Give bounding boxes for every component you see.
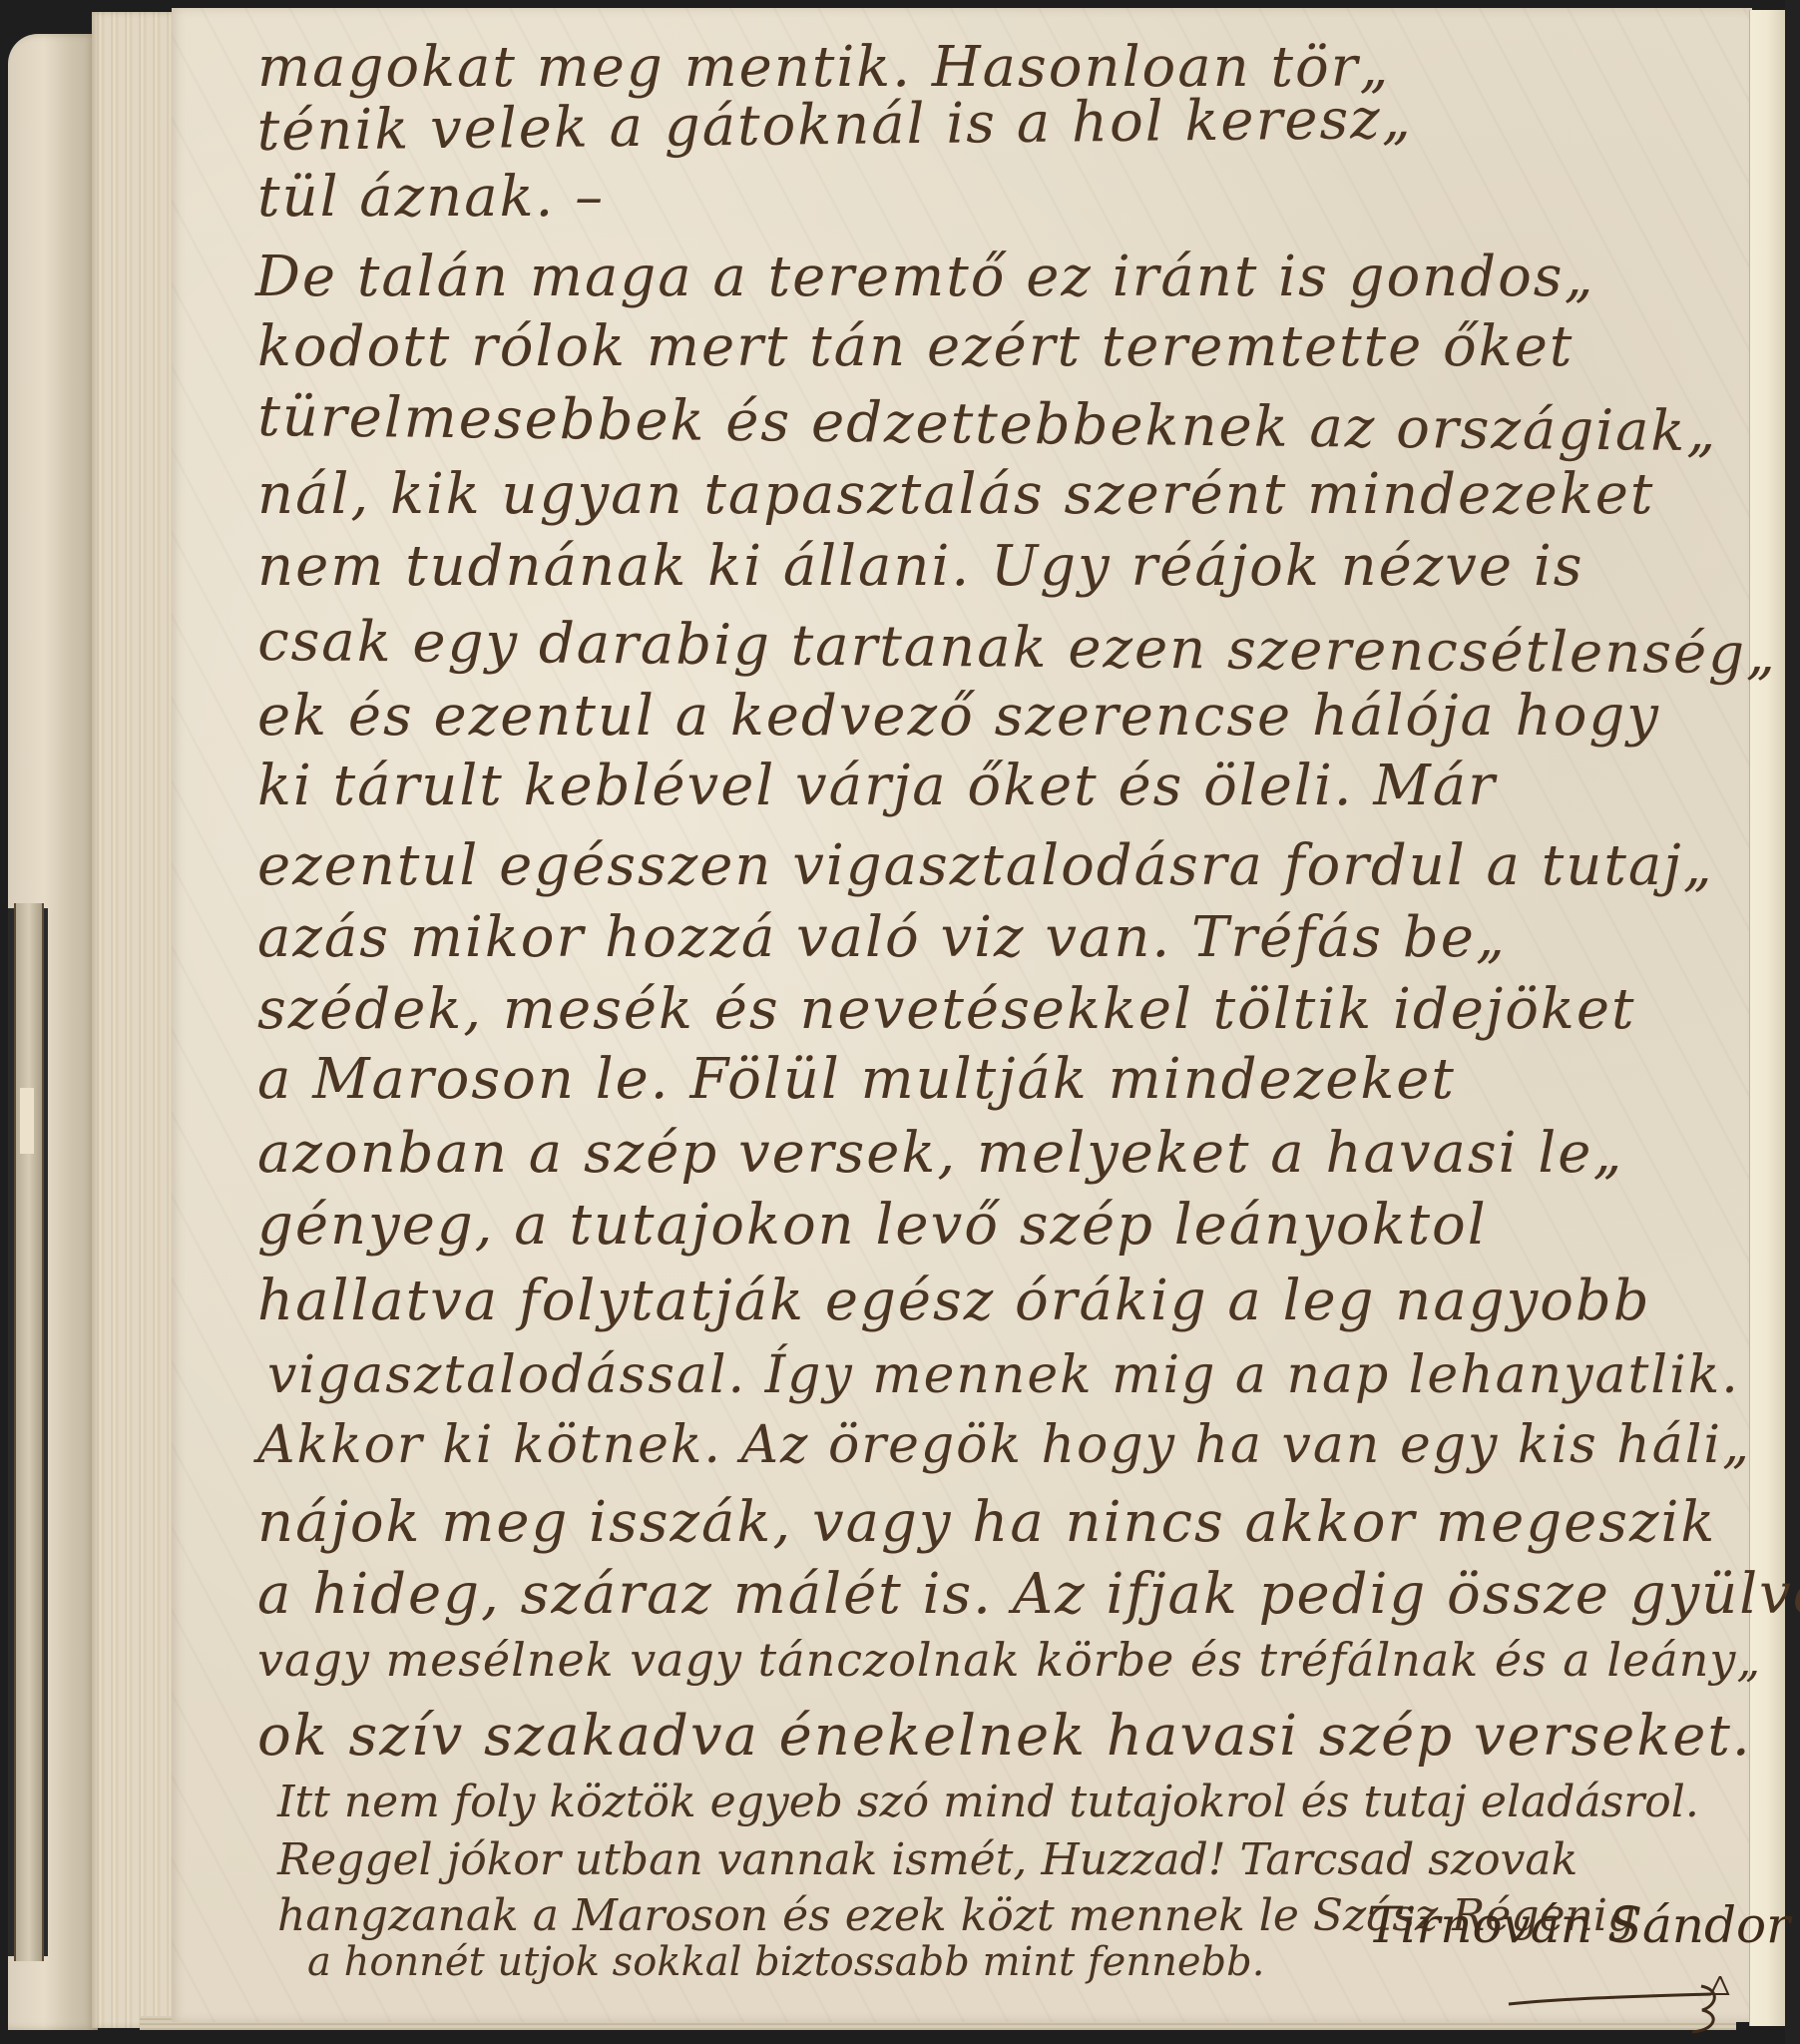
scan-background-right: [1785, 0, 1800, 2044]
text-line: De talán maga a teremtő ez iránt is gond…: [255, 250, 1595, 305]
text-line: türelmesebbek és edzettebbeknek az orszá…: [257, 389, 1718, 460]
text-line: magokat meg mentik. Hasonloan tör„: [257, 40, 1390, 96]
page-stack-left-edge: [92, 12, 172, 2028]
text-line: a hideg, száraz málét is. Az ifjak pedig…: [257, 1567, 1800, 1623]
binding-tab: [20, 1088, 34, 1154]
text-line: ténik velek a gátoknál is a hol keresz„: [256, 92, 1413, 160]
text-line: gényeg, a tutajokon levő szép leányoktol: [257, 1198, 1488, 1254]
text-line: nál, kik ugyan tapasztalás szerént minde…: [257, 467, 1654, 523]
binding-strip: [14, 903, 44, 1961]
text-line: vagy mesélnek vagy tánczolnak körbe és t…: [257, 1637, 1761, 1683]
text-line: azonban a szép versek, melyeket a havasi…: [257, 1126, 1623, 1182]
text-line: Akkor ki kötnek. Az öregök hogy ha van e…: [257, 1419, 1751, 1471]
text-line: kodott rólok mert tán ezért teremtette ő…: [257, 319, 1574, 375]
text-line: tül áznak. –: [257, 170, 605, 226]
text-line: szédek, mesék és nevetésekkel töltik ide…: [257, 982, 1636, 1038]
text-line: azás mikor hozzá való viz van. Tréfás be…: [257, 910, 1507, 966]
text-line: Reggel jókor utban vannak ismét, Huzzad!…: [277, 1838, 1577, 1882]
text-line: nem tudnának ki állani. Ugy réájok nézve…: [257, 539, 1584, 595]
author-signature: Tirnován Sándor: [1367, 1896, 1790, 1954]
text-line: ek és ezentul a kedvező szerencse hálója…: [257, 689, 1660, 745]
scanned-book-page: magokat meg mentik. Hasonloan tör„ ténik…: [0, 0, 1800, 2044]
text-line: nájok meg isszák, vagy ha nincs akkor me…: [257, 1495, 1716, 1551]
text-line: Itt nem foly köztök egyeb szó mind tutaj…: [277, 1781, 1699, 1824]
text-line: a Maroson le. Fölül multják mindezeket: [257, 1052, 1456, 1108]
text-line: a honnét utjok sokkal biztossabb mint fe…: [307, 1942, 1264, 1982]
text-line: csak egy darabig tartanak ezen szerencsé…: [257, 614, 1777, 683]
text-line: ki tárult keblével várja őket és öleli. …: [257, 759, 1497, 814]
text-line: ok szív szakadva énekelnek havasi szép v…: [257, 1709, 1752, 1765]
text-line: hallatva folytatják egész órákig a leg n…: [257, 1274, 1651, 1329]
text-line: vigasztalodással. Így mennek mig a nap l…: [267, 1349, 1740, 1401]
page-stack-right-edge: [1749, 10, 1786, 2026]
signature-flourish-icon: [1507, 1976, 1736, 2036]
text-line: ezentul egésszen vigasztalodásra fordul …: [257, 838, 1714, 894]
